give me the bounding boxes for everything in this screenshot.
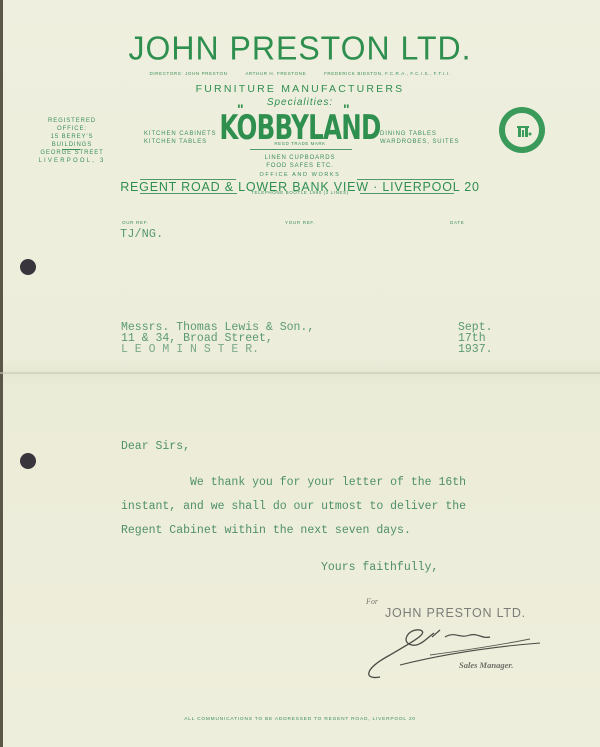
specialities-label: Specialities: [0, 97, 600, 108]
punch-hole-top [20, 259, 36, 275]
footer-note: ALL COMMUNICATIONS TO BE ADDRESSED TO RE… [0, 717, 600, 722]
recipient-address: Messrs. Thomas Lewis & Son., 11 & 34, Br… [121, 322, 314, 355]
company-stamp: JOHN PRESTON LTD. [385, 606, 526, 620]
product-item: KITCHEN TABLES [144, 138, 216, 146]
body-line: We thank you for your letter of the 16th [121, 476, 466, 489]
closing: Yours faithfully, [321, 561, 438, 574]
our-ref-label: OUR REF. [122, 220, 149, 225]
signatory-title: Sales Manager. [459, 660, 513, 670]
divider [62, 149, 80, 150]
products-right: DINING TABLES WARDROBES, SUITES [380, 130, 459, 146]
product-item: FOOD SAFES ETC. [0, 162, 600, 170]
letter-date: Sept. 17th 1937. [458, 322, 493, 355]
fold-line [0, 372, 600, 374]
office-works-label: OFFICE AND WORKS [0, 172, 600, 178]
our-ref-value: TJ/NG. [120, 229, 163, 240]
telephone: TELEPHONE BOOTLE 1990 (2 LINES) [0, 190, 600, 195]
for-label: For [366, 597, 378, 606]
director-1: DIRECTORS: JOHN PRESTON [150, 71, 228, 76]
date-label: DATE [450, 220, 464, 225]
signature-icon [360, 625, 550, 685]
directors-line: DIRECTORS: JOHN PRESTON ARTHUR H. FRESTO… [140, 71, 460, 76]
products-left: KITCHEN CABINETS KITCHEN TABLES [144, 130, 216, 146]
body-line: Regent Cabinet within the next seven day… [121, 524, 411, 537]
recipient-line: L E O M I N S T E R. [121, 344, 314, 355]
reg-office-label: REGISTERED OFFICE: [32, 117, 112, 133]
product-item: WARDROBES, SUITES [380, 138, 459, 146]
company-name: JOHN PRESTON LTD. [0, 29, 600, 68]
reg-office-line: 15 BEREY'S BUILDINGS [32, 133, 112, 149]
product-item: LINEN CUPBOARDS [0, 154, 600, 162]
scales-icon [514, 122, 532, 140]
membership-seal-icon [499, 107, 545, 153]
product-item: DINING TABLES [380, 130, 459, 138]
products-center: LINEN CUPBOARDS FOOD SAFES ETC. [0, 154, 600, 170]
body-line: instant, and we shall do our utmost to d… [121, 500, 466, 513]
your-ref-label: YOUR REF. [285, 220, 315, 225]
director-3: FREDERICK BIDSTON, F.C.R.A., F.C.I.S., F… [324, 71, 450, 76]
date-year: 1937. [458, 344, 493, 355]
salutation: Dear Sirs, [121, 440, 190, 453]
director-2: ARTHUR H. FRESTONE [245, 71, 306, 76]
divider [250, 149, 352, 150]
tagline: FURNITURE MANUFACTURERS [0, 83, 600, 95]
punch-hole-bottom [20, 453, 36, 469]
product-item: KITCHEN CABINETS [144, 130, 216, 138]
